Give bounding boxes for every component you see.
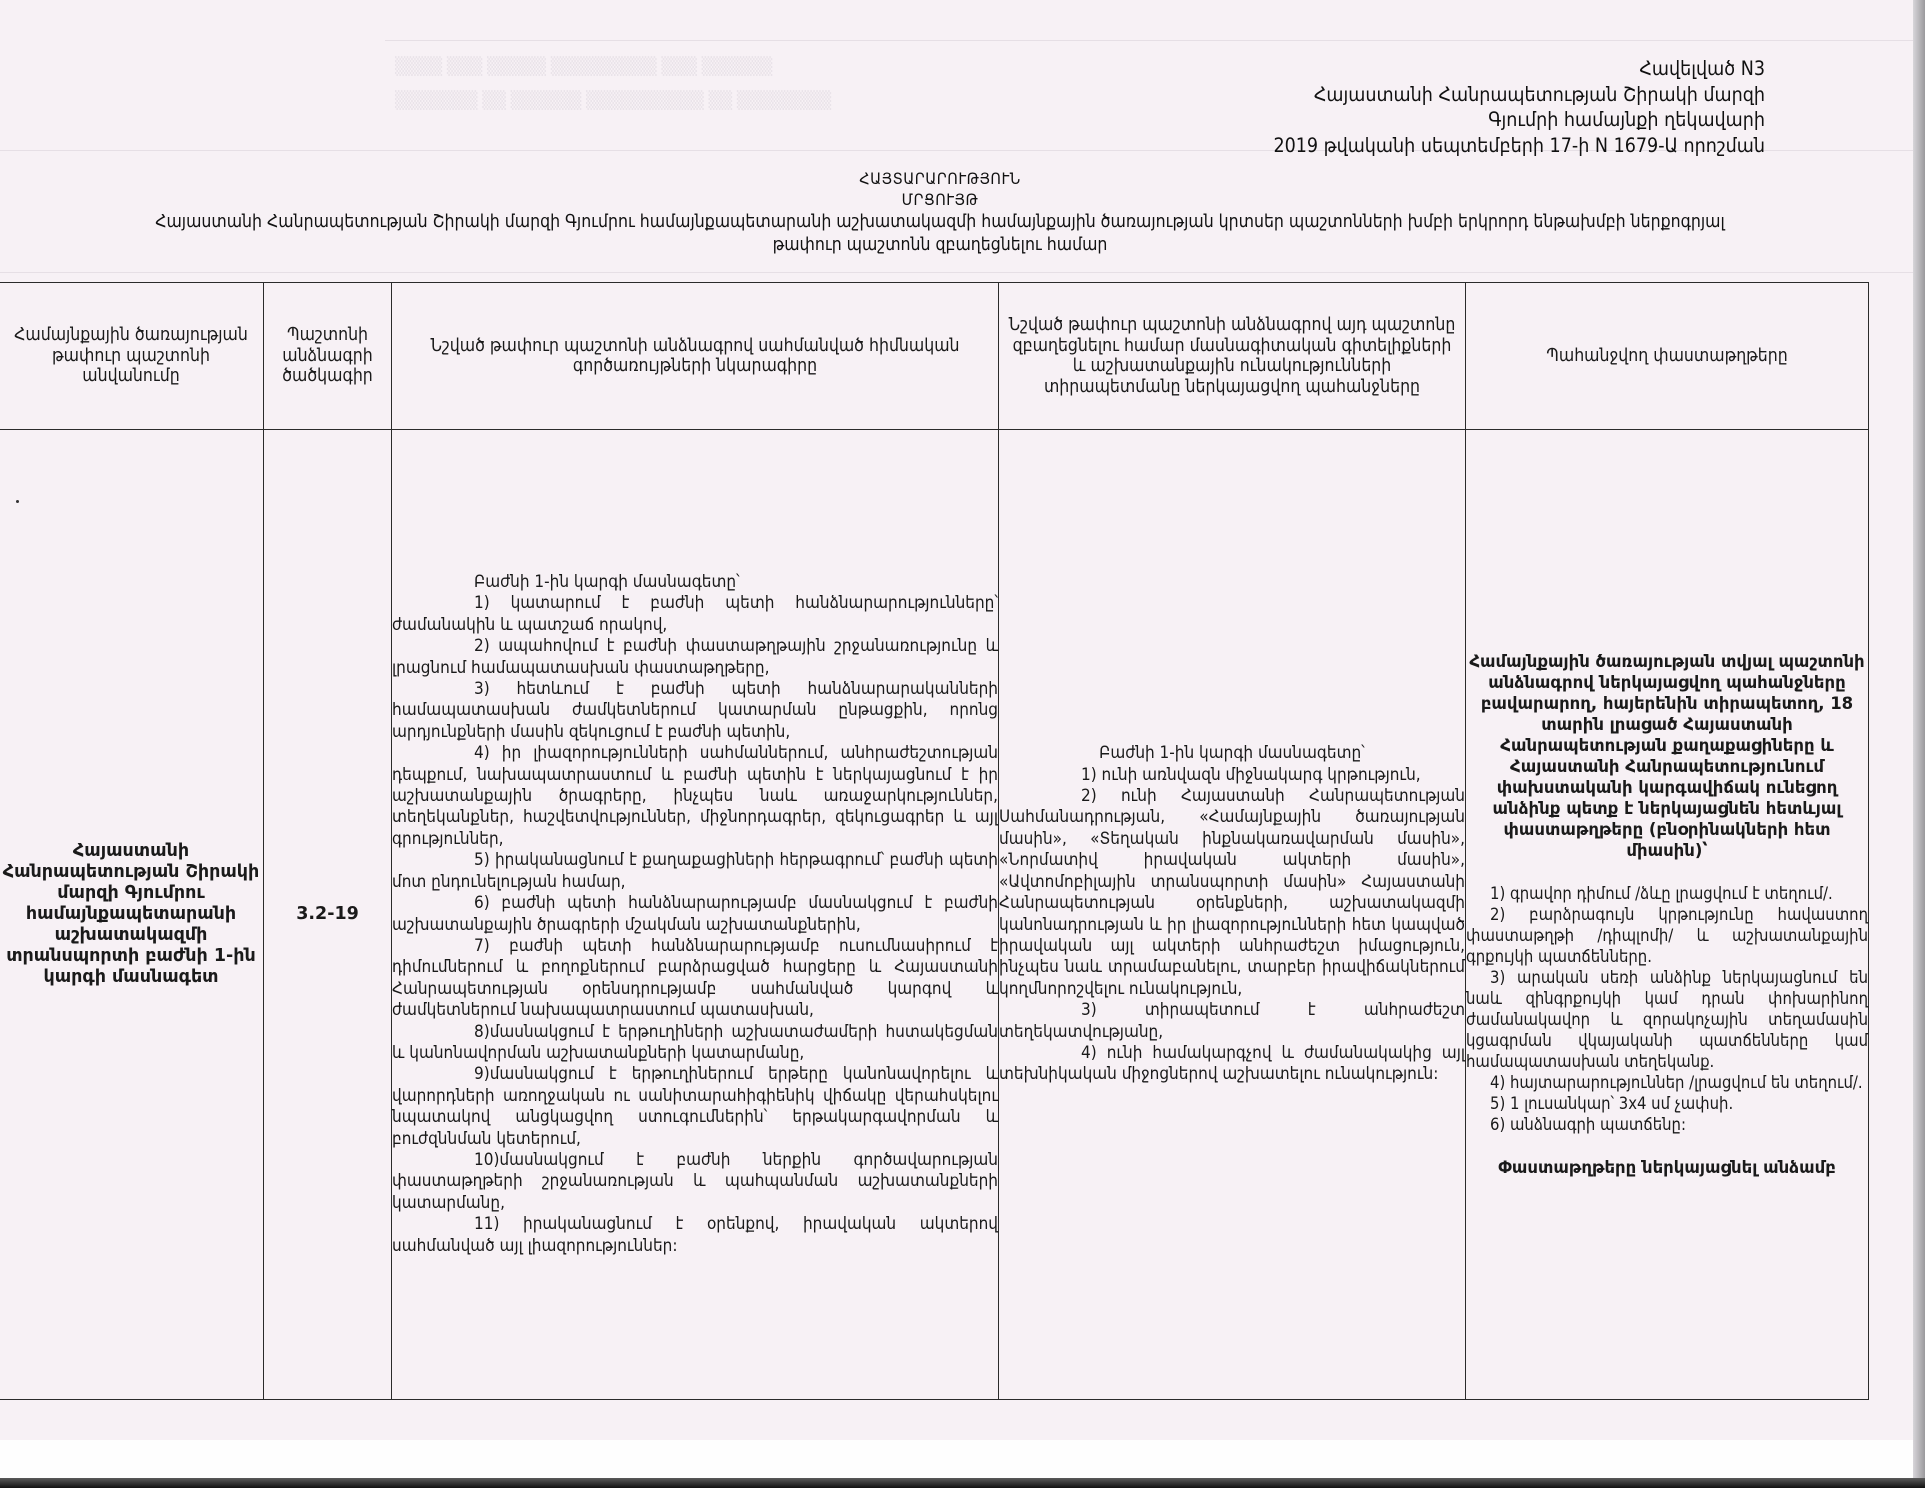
document-item: 4) հայտարարություններ /լրացվում են տեղու… <box>1466 1072 1868 1093</box>
annex-header: Հավելված N3 Հայաստանի Հանրապետության Շիր… <box>1273 56 1765 158</box>
code-cell: 3.2-19 <box>264 430 392 1400</box>
document-item: 1) գրավոր դիմում /ձևը լրացվում է տեղում/… <box>1466 883 1868 904</box>
duty-item: 1) կատարում է բաժնի պետի հանձնարարությու… <box>392 593 998 636</box>
document-item: 6) անձնագրի պատճենը: <box>1466 1114 1868 1135</box>
competition-title: ՄՐՑՈՒՅԹ <box>0 189 1880 210</box>
duty-item: 10)մասնակցում է բաժնի ներքին գործավարութ… <box>392 1150 998 1214</box>
duty-item: 6) բաժնի պետի հանձնարարությամբ մասնակցու… <box>392 893 998 936</box>
documents-cell: Համայնքային ծառայության տվյալ պաշտոնի ան… <box>1466 430 1869 1400</box>
position-name: Հայաստանի Հանրապետության Շիրակի մարզի Գյ… <box>0 841 263 988</box>
spacer <box>1466 861 1868 883</box>
title-block: ՀԱՅՏԱՐԱՐՈՒԹՅՈՒՆ ՄՐՑՈՒՅԹ Հայաստանի Հանրապ… <box>0 168 1880 256</box>
table-row: Հայաստանի Հանրապետության Շիրակի մարզի Գյ… <box>0 430 1869 1400</box>
annex-line: Գյումրի համայնքի ղեկավարի <box>1273 107 1765 133</box>
requirements-intro: Բաժնի 1-ին կարգի մասնագետը՝ <box>999 743 1465 764</box>
scan-edge <box>1913 0 1925 1478</box>
duty-item: 2) ապահովում է բաժնի փաստաթղթային շրջանա… <box>392 636 998 679</box>
document-item: 5) 1 լուսանկար՝ 3x4 սմ չափսի. <box>1466 1093 1868 1114</box>
duty-item: 4) իր լիազորությունների սահմաններում, ան… <box>392 743 998 850</box>
documents-final-note: Փաստաթղթերը ներկայացնել անձամբ <box>1466 1157 1868 1178</box>
table-header-row: Համայնքային ծառայության թափուր պաշտոնի ա… <box>0 283 1869 430</box>
scan-border <box>0 1478 1925 1488</box>
header-position-name: Համայնքային ծառայության թափուր պաշտոնի ա… <box>0 283 264 430</box>
document-item: 2) բարձրագույն կրթությունը հավաստող փաստ… <box>1466 904 1868 967</box>
header-duties: Նշված թափուր պաշտոնի անձնագրով սահմանված… <box>392 283 999 430</box>
document-page: ▒▒▒▒ ▒▒▒ ▒▒▒▒▒ ▒▒▒▒▒▒▒▒▒ ▒▒▒ ▒▒▒▒▒▒▒▒▒▒▒… <box>0 0 1913 1440</box>
duties-intro: Բաժնի 1-ին կարգի մասնագետը՝ <box>392 572 998 593</box>
duty-item: 3) հետևում է բաժնի պետի հանձնարարականներ… <box>392 679 998 743</box>
annex-line: Հավելված N3 <box>1273 56 1765 82</box>
header-passport-code: Պաշտոնի անձնագրի ծածկագիր <box>264 283 392 430</box>
requirement-item: 2) ունի Հայաստանի Հանրապետության Սահմանա… <box>999 786 1465 1000</box>
duty-item: 7) բաժնի պետի հանձնարարությամբ ուսումնաս… <box>392 936 998 1022</box>
subtitle-line: թափուր պաշտոնն զբաղեցնելու համար <box>0 235 1880 256</box>
documents-intro: Համայնքային ծառայության տվյալ պաշտոնի ան… <box>1466 651 1868 861</box>
header-requirements: Նշված թափուր պաշտոնի անձնագրով այդ պաշտո… <box>999 283 1466 430</box>
annex-line: 2019 թվականի սեպտեմբերի 17-ի N 1679-Ա որ… <box>1273 133 1765 159</box>
duty-item: 5) իրականացնում է քաղաքացիների հերթագրու… <box>392 850 998 893</box>
requirement-item: 1) ունի առնվազն միջնակարգ կրթություն, <box>999 765 1465 786</box>
duties-cell: Բաժնի 1-ին կարգի մասնագետը՝ 1) կատարում … <box>392 430 999 1400</box>
position-name-cell: Հայաստանի Հանրապետության Շիրակի մարզի Գյ… <box>0 430 264 1400</box>
scan-margin <box>0 1440 1913 1478</box>
passport-code: 3.2-19 <box>264 904 391 925</box>
bleed-through-text: ▒▒▒▒ ▒▒▒ ▒▒▒▒▒ ▒▒▒▒▒▒▒▒▒ ▒▒▒ ▒▒▒▒▒▒▒▒▒▒▒… <box>395 50 975 118</box>
document-item: 3) արական սեռի անձինք ներկայացնում են նա… <box>1466 967 1868 1072</box>
vacancy-table: Համայնքային ծառայության թափուր պաշտոնի ա… <box>0 282 1869 1400</box>
requirement-item: 3) տիրապետում է անհրաժեշտ տեղեկատվության… <box>999 1000 1465 1043</box>
announcement-title: ՀԱՅՏԱՐԱՐՈՒԹՅՈՒՆ <box>0 168 1880 189</box>
header-documents: Պահանջվող փաստաթղթերը <box>1466 283 1869 430</box>
duty-item: 9)մասնակցում է երթուղիներում երթերը կանո… <box>392 1064 998 1150</box>
bleed-through-line <box>385 40 1915 41</box>
duty-item: 11) իրականացնում է օրենքով, իրավական ակտ… <box>392 1214 998 1257</box>
subtitle-line: Հայաստանի Հանրապետության Շիրակի մարզի Գյ… <box>0 212 1880 233</box>
bleed-through-line <box>0 272 1913 273</box>
requirements-cell: Բաժնի 1-ին կարգի մասնագետը՝ 1) ունի առնվ… <box>999 430 1466 1400</box>
annex-line: Հայաստանի Հանրապետության Շիրակի մարզի <box>1273 82 1765 108</box>
duty-item: 8)մասնակցում է երթուղիների աշխատաժամերի … <box>392 1022 998 1065</box>
requirement-item: 4) ունի համակարգչով և ժամանակակից այլ տե… <box>999 1043 1465 1086</box>
